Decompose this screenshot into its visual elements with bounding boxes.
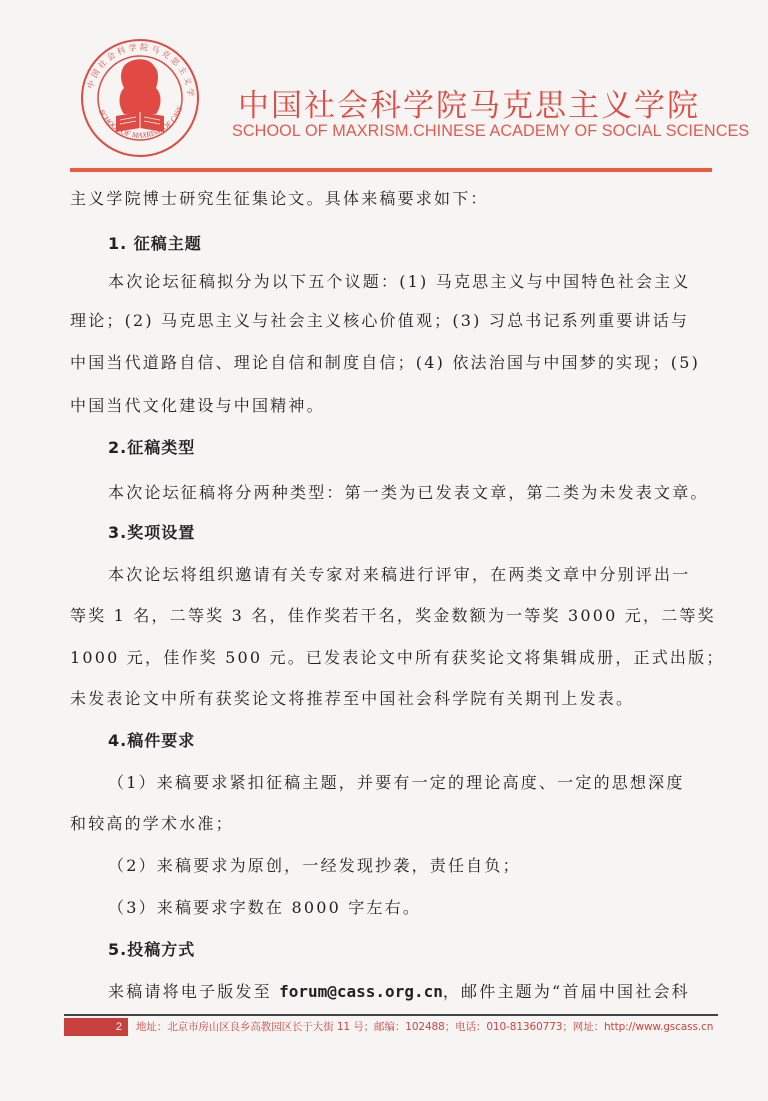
paragraph-line: 主义学院博士研究生征集论文。具体来稿要求如下： — [70, 186, 489, 209]
footer-contact-info: 地址：北京市房山区良乡高教园区长于大街 11 号；邮编：102488；电话：01… — [136, 1019, 713, 1034]
institution-title-cn: 中国社会科学院马克思主义学院 — [238, 80, 700, 125]
paragraph-line: 本次论坛征稿拟分为以下五个议题：(1) 马克思主义与中国特色社会主义 — [108, 269, 691, 292]
email-link[interactable]: forum@cass.org.cn — [279, 982, 443, 1001]
section-heading-requirements: 4.稿件要求 — [108, 728, 195, 751]
section-heading-submission: 5.投稿方式 — [108, 937, 195, 960]
paragraph-line: 来稿请将电子版发至 forum@cass.org.cn，邮件主题为“首届中国社会… — [108, 979, 690, 1002]
footer-divider — [64, 1014, 718, 1016]
institution-title-en: SCHOOL OF MAXRISM.CHINESE ACADEMY OF SOC… — [232, 122, 749, 141]
paragraph-line: 理论；(2) 马克思主义与社会主义核心价值观；(3) 习总书记系列重要讲话与 — [70, 308, 689, 331]
paragraph-line: 和较高的学术水准； — [70, 811, 234, 834]
paragraph-line: 1000 元，佳作奖 500 元。已发表论文中所有获奖论文将集辑成册，正式出版； — [70, 645, 725, 668]
requirement-item: （3）来稿要求字数在 8000 字左右。 — [108, 895, 421, 918]
paragraph-line: 中国当代道路自信、理论自信和制度自信；(4) 依法治国与中国梦的实现；(5) — [70, 350, 700, 373]
requirement-item: （1）来稿要求紧扣征稿主题，并要有一定的理论高度、一定的思想深度 — [108, 770, 685, 793]
paragraph-line: 中国当代文化建设与中国精神。 — [70, 393, 325, 416]
paragraph-line: 未发表论文中所有获奖论文将推荐至中国社会科学院有关期刊上发表。 — [70, 686, 634, 709]
section-heading-type: 2.征稿类型 — [108, 435, 195, 458]
submission-text: 来稿请将电子版发至 — [108, 982, 279, 1001]
requirement-item: （2）来稿要求为原创，一经发现抄袭，责任自负； — [108, 853, 521, 876]
paragraph-line: 本次论坛将组织邀请有关专家对来稿进行评审，在两类文章中分别评出一 — [108, 562, 690, 585]
paragraph-line: 本次论坛征稿将分两种类型：第一类为已发表文章，第二类为未发表文章。 — [108, 480, 709, 503]
submission-text: ，邮件主题为“首届中国社会科 — [443, 982, 690, 1001]
section-heading-theme: 1. 征稿主题 — [108, 231, 202, 254]
page-number: 2 — [64, 1018, 128, 1036]
school-emblem-logo: 中国社会科学院马克思主义学院 SCHOOL OF MAXRISM OF CASS — [78, 36, 202, 160]
paragraph-line: 等奖 1 名，二等奖 3 名，佳作奖若干名，奖金数额为一等奖 3000 元，二等… — [70, 603, 716, 626]
header-divider — [70, 168, 712, 172]
section-heading-awards: 3.奖项设置 — [108, 520, 195, 543]
document-page: 中国社会科学院马克思主义学院 SCHOOL OF MAXRISM OF CASS… — [0, 0, 768, 1101]
